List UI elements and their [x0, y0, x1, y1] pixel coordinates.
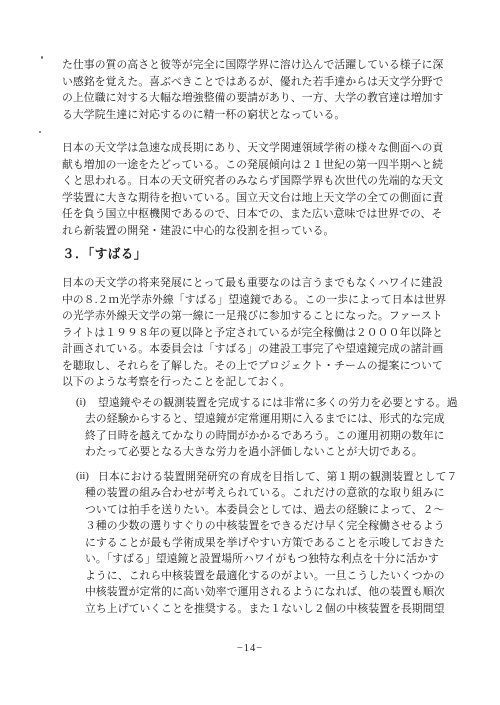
text-line: 日本の天文学は急速な成長期にあり、天文学関連領域学術の様々な側面への貢 — [62, 140, 444, 157]
text-line: 中核装置が定常的に高い効率で運用されるようになれば、他の装置も順次 — [85, 584, 444, 601]
text-line: い感銘を覚えた。喜ぶべきことではあるが、優れた若手達からは天文学分野で — [62, 74, 444, 91]
list-item-label: (i) — [76, 395, 86, 412]
text-line: ように、これら中核装置を最適化するのがよい。一旦こうしたいくつかの — [85, 568, 444, 585]
page-content: た仕事の質の高さと彼等が完全に国際学界に溶け込んで活躍している様子に深 い感銘を… — [62, 57, 444, 617]
text-line: 中の８.２ｍ光学赤外線「すばる」望遠鏡である。この一歩によって日本は世界 — [62, 292, 444, 309]
text-line: 種の装置の組み合わせが考えられている。これだけの意欲的な取り組みに — [85, 485, 444, 502]
text-line: 学装置に大きな期待を抱いている。国立天文台は地上天文学の全ての側面に責 — [62, 190, 444, 207]
text-line: る大学院生達に対応するのに精一杯の窮状となっている。 — [62, 107, 444, 124]
text-line: 日本における装置開発研究の育成を目指して、第１期の観測装置として７ — [85, 469, 444, 486]
page-number: −14− — [0, 643, 500, 654]
text-line: 立ち上げていくことを推奨する。また１ないし２個の中核装置を長期間望 — [85, 601, 444, 618]
text-line: にすることが最も学術成果を挙げやすい方策であることを示唆しておきた — [85, 535, 444, 552]
text-line: ついては拍手を送りたい。本委員会としては、過去の経験によって、２〜 — [85, 502, 444, 519]
text-line: を聴取し、それらを了解した。その上でプロジェクト・チームの提案について — [62, 358, 444, 375]
text-line: 任を負う国立中枢機関であるので、日本での、また広い意味では世界での、そ — [62, 206, 444, 223]
text-line: 計画されている。本委員会は「すばる」の建設工事完了や望遠鏡完成の諸計画 — [62, 341, 444, 358]
paragraph-quality-of-work: た仕事の質の高さと彼等が完全に国際学界に溶け込んで活躍している様子に深 い感銘を… — [62, 57, 444, 123]
text-line: ライトは１９９８年の夏以降と予定されているが完全稼働は２０００年以降と — [62, 325, 444, 342]
scan-artifact — [41, 56, 43, 59]
text-line: れら新装置の開発・建設に中心的な役割を担っている。 — [62, 223, 444, 240]
text-line: 去の経験からすると、望遠鏡が定常運用期に入るまでには、形式的な完成 — [85, 411, 444, 428]
document-page: た仕事の質の高さと彼等が完全に国際学界に溶け込んで活躍している様子に深 い感銘を… — [0, 0, 500, 705]
text-line: 献も増加の一途をたどっている。この発展傾向は２１世紀の第一四半期へと続 — [62, 157, 444, 174]
text-line: くと思われる。日本の天文研究者のみならず国際学界も次世代の先端的な天文 — [62, 173, 444, 190]
text-line: 終了日時を越えてかなりの時間がかかるであろう。この運用初期の数年に — [85, 428, 444, 445]
scan-artifact — [39, 131, 41, 133]
text-line: い。「すばる」望遠鏡と設置場所ハワイがもつ独特な利点を十分に活かす — [85, 551, 444, 568]
list-item-ii: (ii) 日本における装置開発研究の育成を目指して、第１期の観測装置として７ 種… — [62, 469, 444, 618]
text-line: の上位職に対する大幅な増強整備の要請があり、一方、大学の教官達は増加す — [62, 90, 444, 107]
text-line: 日本の天文学の将来発展にとって最も重要なのは言うまでもなくハワイに建設 — [62, 275, 444, 292]
text-line: ３種の少数の選りすぐりの中核装置をできるだけ早く完全稼働させるよう — [85, 518, 444, 535]
section-heading-subaru: ３．「すばる」 — [62, 245, 444, 263]
list-item-label: (ii) — [76, 469, 89, 486]
list-item-i: (i) 望遠鏡やその観測装置を完成するには非常に多くの労力を必要とする。過 去の… — [62, 395, 444, 461]
text-line: わたって必要となる大きな労力を過小評価しないことが大切である。 — [85, 444, 444, 461]
text-line: た仕事の質の高さと彼等が完全に国際学界に溶け込んで活躍している様子に深 — [62, 57, 444, 74]
text-line: 望遠鏡やその観測装置を完成するには非常に多くの労力を必要とする。過 — [85, 395, 444, 412]
text-line: 以下のような考察を行ったことを記しておく。 — [62, 374, 444, 391]
paragraph-subaru-telescope: 日本の天文学の将来発展にとって最も重要なのは言うまでもなくハワイに建設 中の８.… — [62, 275, 444, 391]
paragraph-japanese-astronomy-growth: 日本の天文学は急速な成長期にあり、天文学関連領域学術の様々な側面への貢 献も増加… — [62, 140, 444, 239]
text-line: の光学赤外線天文学の第一線に一足飛びに参加することになった。ファースト — [62, 308, 444, 325]
